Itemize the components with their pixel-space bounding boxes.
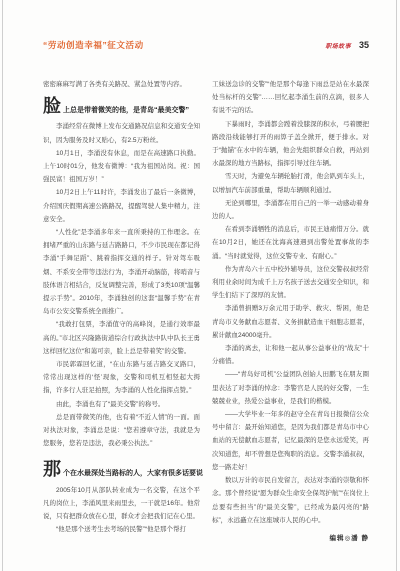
dropcap-2: 那 bbox=[43, 460, 61, 478]
continuation-paragraph: 密密麻麻写满了各类有关路况、紧急处置等内容。 bbox=[43, 78, 200, 91]
section-label: 职场故事 bbox=[325, 41, 351, 50]
paragraph: 由此，李涌也有了“最美交警”的称号。 bbox=[43, 398, 200, 411]
page-number: 35 bbox=[359, 40, 369, 50]
header-right-group: 职场故事 35 bbox=[325, 40, 369, 50]
paragraph: 10月1日，李涌没有休息，而是在高速路口执勤。上午10时01分，他发布微博：“我… bbox=[43, 147, 200, 187]
paragraph: 作为青岛六十五中校外辅导员，这位交警叔叔经常利用业余时间为成千上万名孩子送去交通… bbox=[212, 263, 369, 303]
paragraph: “他是那个送考生去考场的民警”“他是那个帮打 bbox=[43, 523, 200, 536]
editor-credit: 编辑◎潘 静 bbox=[212, 532, 369, 545]
paragraph: 10月2日上午11时许，李涌发出了最后一条微博，介绍国庆假期高速公路路况，提醒驾… bbox=[43, 186, 200, 226]
paragraph: 市民郭霖回忆道，“在山东路与延吉路交叉路口，常常出现这样的‘怪’现象，交警和司机… bbox=[43, 358, 200, 398]
section-heading-2-text: 个在水最深处当路标的人，大家有很多话要说 bbox=[63, 467, 203, 480]
paragraph: 总是面带微笑的他，也有着“不近人情”的一面。面对执法对象，李涌总是说：“您若遵章… bbox=[43, 411, 200, 451]
paragraph: 在看到李涌牺牲的消息后，市民王迪痛惜万分。就在10月2日，她还在沈海高速遇到出警… bbox=[212, 223, 369, 263]
campaign-title: “劳动创造幸福”征文活动 bbox=[43, 39, 144, 51]
paragraph: 下暴雨时，李涌都会蹚着没膝深的积水，弓着腰把路段沿线能够打开的雨箅子盖全掀开，便… bbox=[212, 118, 369, 171]
section-heading-1-text: 上总是带着微笑的他，是青岛“最美交警” bbox=[63, 104, 189, 117]
paragraph: 工妹送急诊的交警”“他是那个每逢下雨总是站在水最深处当标杆的交警”……回忆起李涌… bbox=[212, 78, 369, 118]
paragraph: ——大学毕业一年多的赵守全在青岛日报微信公众号中留言：最开始知道您，是因为我们都… bbox=[212, 408, 369, 474]
dropcap-1: 脸 bbox=[43, 97, 61, 115]
magazine-page: “劳动创造幸福”征文活动 职场故事 35 密密麻麻写满了各类有关路况、紧急处置等… bbox=[0, 0, 400, 571]
paragraph: “人性化”是李涌多年来一直所秉持的工作理念。在拥堵严重的山东路与延吉路路口，不少… bbox=[43, 226, 200, 318]
page-edge-line-left bbox=[2, 0, 3, 571]
right-column: 工妹送急诊的交警”“他是那个每逢下雨总是站在水最深处当标杆的交警”……回忆起李涌… bbox=[212, 78, 369, 545]
paragraph: 无论到哪里，李涌都在用自己的一举一动感动着身边的人。 bbox=[212, 197, 369, 223]
paragraph: 李涌经常在微博上发布交通路况信息和交通安全知识，因为服务及时又贴心，有2.5万粉… bbox=[43, 120, 200, 146]
paragraph: 2005年10月从部队转业成为一名交警，在这个平凡的岗位上，李涌风里来雨里去，一… bbox=[43, 484, 200, 524]
article-columns: 密密麻麻写满了各类有关路况、紧急处置等内容。 脸 上总是带着微笑的他，是青岛“最… bbox=[43, 78, 369, 545]
section-heading-1: 脸 上总是带着微笑的他，是青岛“最美交警” bbox=[43, 97, 200, 117]
paragraph: 李涌的离去，让和他一起从事公益事业的“战友”十分痛惜。 bbox=[212, 342, 369, 368]
left-column: 密密麻麻写满了各类有关路况、紧急处置等内容。 脸 上总是带着微笑的他，是青岛“最… bbox=[43, 78, 200, 545]
paragraph: 李涌曾捐赠3万余元用于助学、救灾、帮困，他是青岛市义务献血志愿者、义务捐献造血干… bbox=[212, 302, 369, 342]
page-edge-line-right bbox=[396, 0, 397, 571]
page-header: “劳动创造幸福”征文活动 职场故事 35 bbox=[43, 39, 369, 51]
paragraph: “我敢打包票，李涌值守的高峰岗，是通行效率最高的。”市北区兴隆路街道综合行政执法… bbox=[43, 318, 200, 358]
paragraph: 数以万计的市民自发留言，表达对李涌的崇敬和怀念。那个曾经说“愿为群众生命安全保驾… bbox=[212, 474, 369, 527]
paragraph: 雪天时，为避免车辆轮胎打滑，他会趴到车头上，以增加汽车前部重量，帮助车辆顺利通过… bbox=[212, 170, 369, 196]
paragraph: ——“青岛好司机”公益团队创始人田鹏飞在朋友圈里表达了对李涌的悼念：李警官是人民… bbox=[212, 368, 369, 408]
section-heading-2: 那 个在水最深处当路标的人，大家有很多话要说 bbox=[43, 460, 200, 480]
